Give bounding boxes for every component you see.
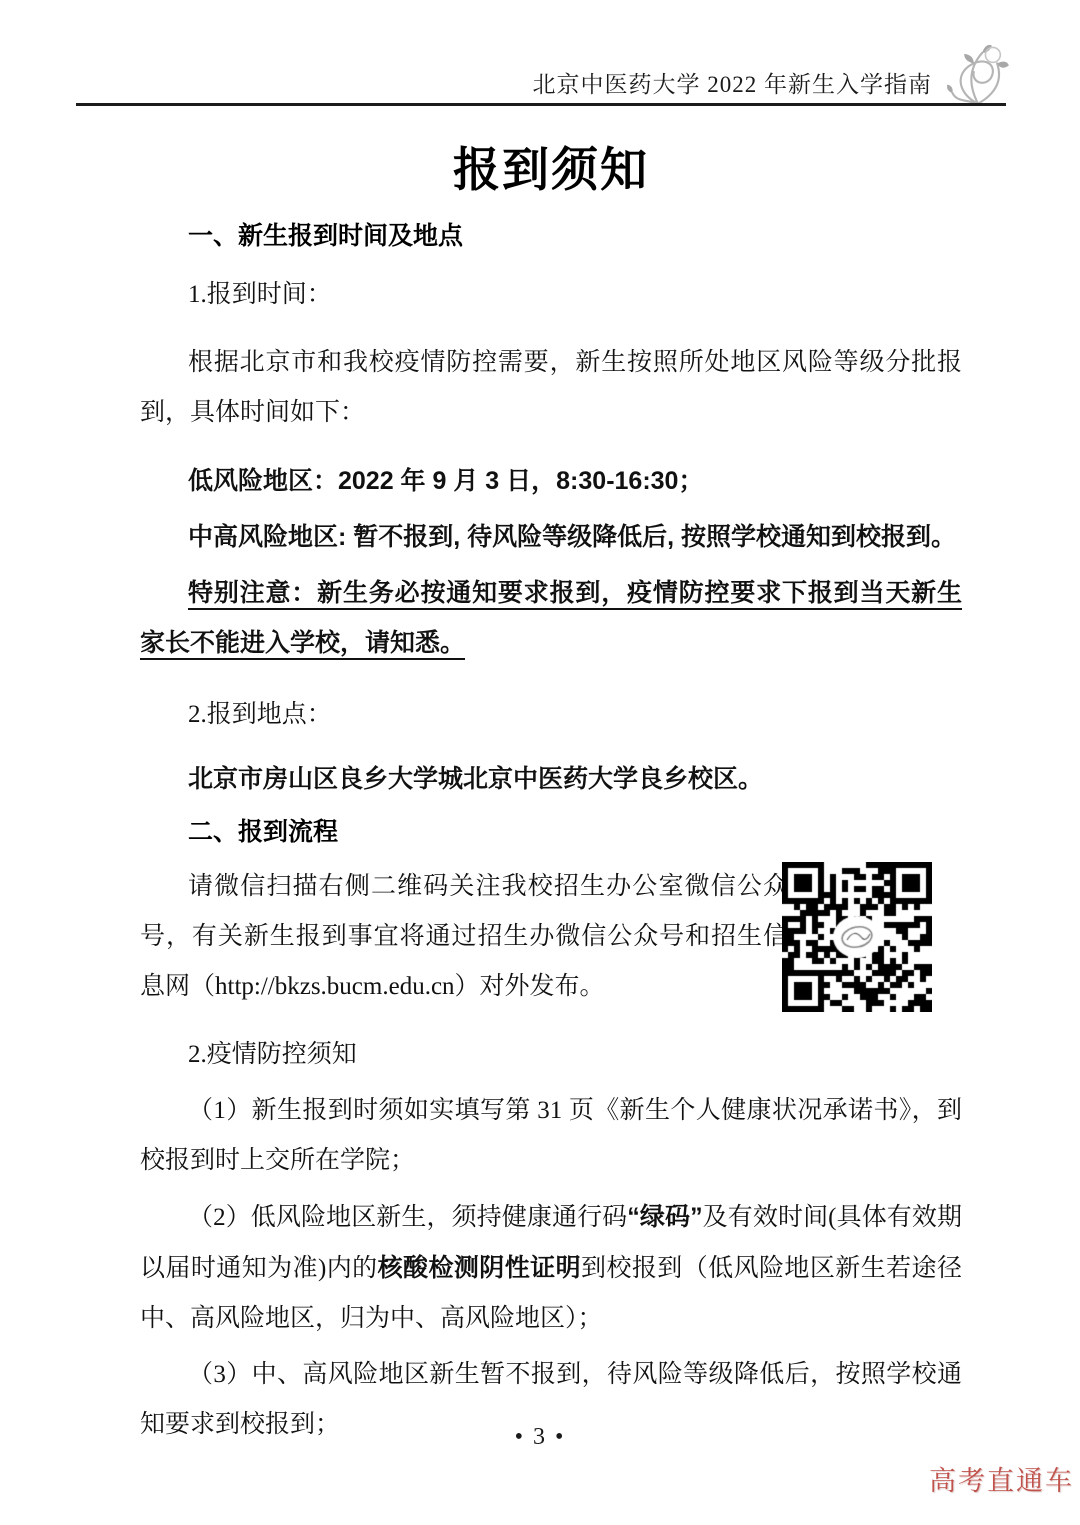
header-title: 北京中医药大学 2022 年新生入学指南 (533, 66, 933, 99)
page-number: • 3 • (0, 1424, 1080, 1451)
point-2: （2）低风险地区新生，须持健康通行码“绿码”及有效时间(具体有效期以届时通知为准… (140, 1192, 962, 1344)
page-title: 报到须知 (140, 144, 962, 196)
address-line: 北京市房山区良乡大学城北京中医药大学良乡校区。 (140, 754, 962, 804)
section-heading-1: 一、新生报到时间及地点 (140, 220, 962, 252)
point-2-text: （2）低风险地区新生，须持健康通行码 (188, 1204, 627, 1231)
header-rule (76, 103, 1006, 106)
flower-flourish-icon (946, 40, 1010, 108)
mid-high-risk-line: 中高风险地区: 暂不报到, 待风险等级降低后, 按照学校通知到校报到。 (140, 512, 962, 562)
document-page: 北京中医药大学 2022 年新生入学指南 报到须知 一、新生报到时间及地点 1.… (0, 0, 1080, 1525)
watermark-text: 高考直通车 (929, 1459, 1074, 1498)
document-body: 报到须知 一、新生报到时间及地点 1.报到时间： 根据北京市和我校疫情防控需要，… (140, 126, 962, 1450)
green-code-bold: “绿码” (627, 1203, 702, 1231)
qr-section: 请微信扫描右侧二维码关注我校招生办公室微信公众号，有关新生报到事宜将通过招生办微… (140, 862, 962, 1024)
low-risk-line: 低风险地区：2022 年 9 月 3 日，8:30-16:30； (140, 456, 962, 506)
report-place-label: 2.报到地点： (140, 690, 962, 740)
qr-paragraph: 请微信扫描右侧二维码关注我校招生办公室微信公众号，有关新生报到事宜将通过招生办微… (140, 862, 788, 1012)
qr-code-image (782, 862, 932, 1012)
section-heading-2: 二、报到流程 (140, 816, 962, 848)
intro-paragraph: 根据北京市和我校疫情防控需要，新生按照所处地区风险等级分批报到，具体时间如下： (140, 338, 962, 438)
point-1: （1）新生报到时须如实填写第 31 页《新生个人健康状况承诺书》，到校报到时上交… (140, 1086, 962, 1186)
epidemic-label: 2.疫情防控须知 (140, 1030, 962, 1080)
special-note: 特别注意：新生务必按通知要求报到，疫情防控要求下报到当天新生家长不能进入学校，请… (140, 568, 962, 668)
report-time-label: 1.报到时间： (140, 270, 962, 320)
nucleic-test-bold: 核酸检测阴性证明 (378, 1254, 581, 1282)
